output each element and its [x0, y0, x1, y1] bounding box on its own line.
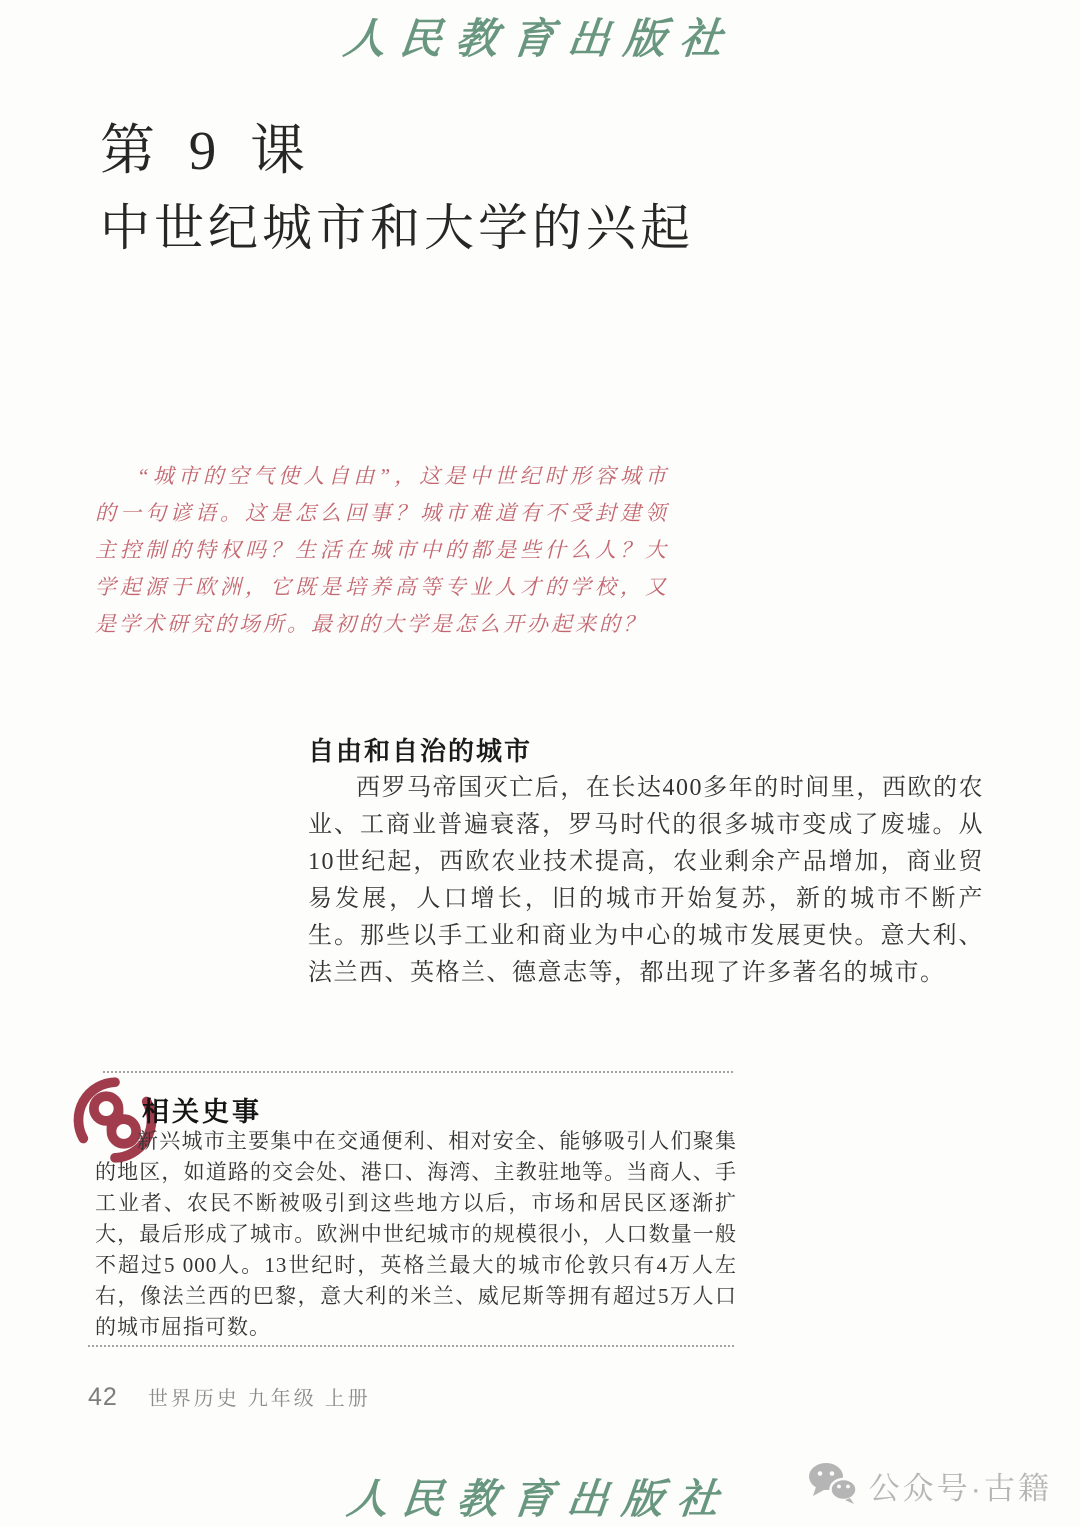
related-history-heading: 相关史事	[142, 1090, 262, 1129]
lesson-number: 第 9 课	[100, 106, 315, 185]
page-title: 中世纪城市和大学的兴起	[100, 188, 694, 260]
publisher-logo-top: 人民教育出版社	[0, 6, 1080, 66]
dotted-divider-bottom	[88, 1345, 734, 1347]
section-heading: 自由和自治的城市	[308, 731, 532, 768]
chapter-intro-text: “城市的空气使人自由”，这是中世纪时形容城市的一句谚语。这是怎么回事？城市难道有…	[95, 458, 669, 643]
section-body-text: 西罗马帝国灭亡后，在长达400多年的时间里，西欧的农业、工商业普遍衰落，罗马时代…	[308, 770, 984, 992]
book-info: 世界历史 九年级 上册	[148, 1382, 371, 1411]
page-footer: 42 世界历史 九年级 上册	[88, 1382, 371, 1412]
textbook-page: 人民教育出版社 第 9 课 中世纪城市和大学的兴起 “城市的空气使人自由”，这是…	[0, 0, 1080, 1526]
page-number: 42	[88, 1383, 118, 1412]
wechat-icon	[807, 1461, 859, 1510]
wechat-watermark: 公众号·古籍	[807, 1461, 1052, 1510]
dotted-divider-top	[103, 1071, 733, 1073]
related-history-body-text: 新兴城市主要集中在交通便利、相对安全、能够吸引人们聚集的地区，如道路的交会处、港…	[95, 1126, 737, 1343]
watermark-text: 公众号·古籍	[869, 1463, 1052, 1508]
